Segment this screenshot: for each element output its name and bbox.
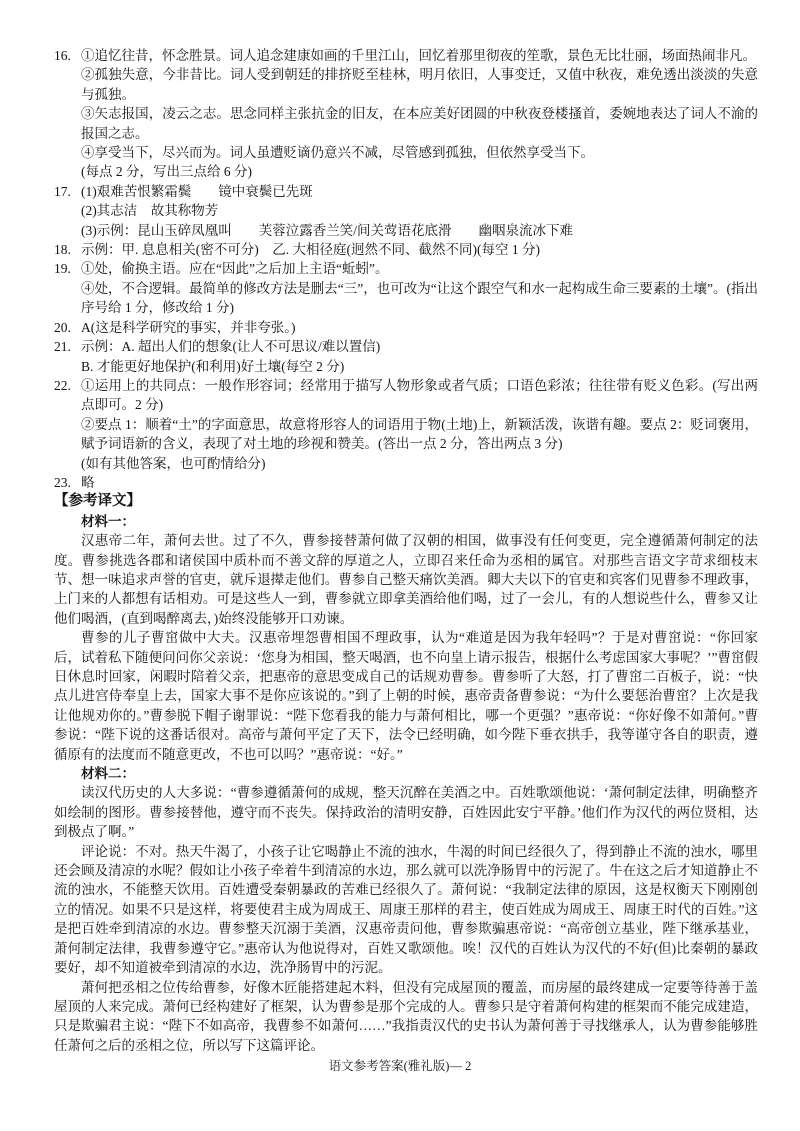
answer-content: (1)艰难苦恨繁霜鬓 镜中衰鬓已先斑(2)其志洁 故其称物芳(3)示例：昆山玉碎… xyxy=(81,182,758,240)
page-footer: 语文参考答案(雅礼版)— 2 xyxy=(0,1056,800,1074)
material-paragraph: 萧何把丞相之位传给曹参，好像木匠能搭建起木料，但没有完成屋顶的覆盖，而房屋的最终… xyxy=(54,978,758,1056)
answer-content: ①处，偷换主语。应在“因此”之后加上主语“蚯蚓”。④处，不合逻辑。最简单的修改方… xyxy=(81,259,758,317)
answer-number: 23. xyxy=(54,473,81,492)
answer-line: B. 才能更好地保护(和利用)好土壤(每空 2 分) xyxy=(81,357,758,376)
answer-item-21: 21.示例：A. 超出人们的想象(让人不可思议/难以置信)B. 才能更好地保护(… xyxy=(54,337,758,376)
answer-number: 19. xyxy=(54,259,81,278)
answer-number: 16. xyxy=(54,46,81,65)
answer-content: 示例：A. 超出人们的想象(让人不可思议/难以置信)B. 才能更好地保护(和利用… xyxy=(81,337,758,376)
answer-content: A(这是科学研究的事实，并非夸张。) xyxy=(81,318,758,337)
answer-sheet-page: 16.①追忆往昔，怀念胜景。词人追念建康如画的千里江山，回忆着那里彻夜的笙歌，景… xyxy=(0,0,800,1131)
answer-line: ②孤独失意，今非昔比。词人受到朝廷的排挤贬至桂林，明月依旧，人事变迁，又值中秋夜… xyxy=(81,65,758,104)
footer-text: 语文参考答案(雅礼版)— 2 xyxy=(329,1059,472,1073)
answer-item-23: 23.略 xyxy=(54,473,758,492)
answer-line: (3)示例：昆山玉碎凤凰叫 芙蓉泣露香兰笑/间关莺语花底滑 幽咽泉流冰下难 xyxy=(81,221,758,240)
material-title: 材料一： xyxy=(54,512,758,531)
answer-line: A(这是科学研究的事实，并非夸张。) xyxy=(81,318,758,337)
materials-container: 材料一：汉惠帝二年，萧何去世。过了不久，曹参接替萧何做了汉朝的相国，做事没有任何… xyxy=(54,512,758,1055)
material-paragraph: 读汉代历史的人大多说：“曹参遵循萧何的成规，整天沉醉在美酒之中。百姓歌颂他说：‘… xyxy=(54,783,758,841)
answer-number: 21. xyxy=(54,337,81,356)
answer-line: ①处，偷换主语。应在“因此”之后加上主语“蚯蚓”。 xyxy=(81,259,758,278)
answer-item-20: 20.A(这是科学研究的事实，并非夸张。) xyxy=(54,318,758,337)
translation-section: 【参考译文】 材料一：汉惠帝二年，萧何去世。过了不久，曹参接替萧何做了汉朝的相国… xyxy=(54,492,758,1055)
material-paragraph: 评论说：不对。热天牛渴了，小孩子让它喝静止不流的浊水，牛渴的时间已经很久了，得到… xyxy=(54,842,758,978)
answer-line: (如有其他答案，也可酌情给分) xyxy=(81,454,758,473)
answer-line: 略 xyxy=(81,473,758,492)
material-title: 材料二： xyxy=(54,764,758,783)
answer-line: (2)其志洁 故其称物芳 xyxy=(81,201,758,220)
answer-number: 20. xyxy=(54,318,81,337)
material-paragraph: 曹参的儿子曹窋做中大夫。汉惠帝埋怨曹相国不理政事，认为“难道是因为我年轻吗”？于… xyxy=(54,628,758,764)
translation-header: 【参考译文】 xyxy=(54,492,758,511)
answer-number: 18. xyxy=(54,240,81,259)
answer-line: 示例：甲. 息息相关(密不可分) 乙. 大相径庭(迥然不同、截然不同)(每空 1… xyxy=(81,240,758,259)
answer-item-18: 18.示例：甲. 息息相关(密不可分) 乙. 大相径庭(迥然不同、截然不同)(每… xyxy=(54,240,758,259)
answer-line: ④享受当下，尽兴而为。词人虽遭贬谪仍意兴不减，尽管感到孤独，但依然享受当下。 xyxy=(81,143,758,162)
answer-content: ①追忆往昔，怀念胜景。词人追念建康如画的千里江山，回忆着那里彻夜的笙歌，景色无比… xyxy=(81,46,758,182)
answers-section: 16.①追忆往昔，怀念胜景。词人追念建康如画的千里江山，回忆着那里彻夜的笙歌，景… xyxy=(54,46,758,492)
answer-content: 略 xyxy=(81,473,758,492)
material-paragraph: 汉惠帝二年，萧何去世。过了不久，曹参接替萧何做了汉朝的相国，做事没有任何变更，完… xyxy=(54,531,758,628)
answer-line: ①追忆往昔，怀念胜景。词人追念建康如画的千里江山，回忆着那里彻夜的笙歌，景色无比… xyxy=(81,46,758,65)
answer-line: (每点 2 分，写出三点给 6 分) xyxy=(81,162,758,181)
answer-item-16: 16.①追忆往昔，怀念胜景。词人追念建康如画的千里江山，回忆着那里彻夜的笙歌，景… xyxy=(54,46,758,182)
answer-line: ②要点 1：顺着“土”的字面意思，故意将形容人的词语用于物(土地)上，新颖活泼，… xyxy=(81,415,758,454)
answer-item-22: 22.①运用上的共同点：一般作形容词；经常用于描写人物形象或者气质；口语色彩浓；… xyxy=(54,376,758,473)
answer-line: ④处，不合逻辑。最简单的修改方法是删去“三”，也可改为“让这个跟空气和水一起构成… xyxy=(81,279,758,318)
answer-line: ③矢志报国，凌云之志。思念同样主张抗金的旧友，在本应美好团圆的中秋夜登楼搔首，委… xyxy=(81,104,758,143)
answer-content: ①运用上的共同点：一般作形容词；经常用于描写人物形象或者气质；口语色彩浓；往往带… xyxy=(81,376,758,473)
answer-line: 示例：A. 超出人们的想象(让人不可思议/难以置信) xyxy=(81,337,758,356)
content-area: 16.①追忆往昔，怀念胜景。词人追念建康如画的千里江山，回忆着那里彻夜的笙歌，景… xyxy=(54,46,758,1055)
answer-item-19: 19.①处，偷换主语。应在“因此”之后加上主语“蚯蚓”。④处，不合逻辑。最简单的… xyxy=(54,259,758,317)
answer-content: 示例：甲. 息息相关(密不可分) 乙. 大相径庭(迥然不同、截然不同)(每空 1… xyxy=(81,240,758,259)
answer-line: ①运用上的共同点：一般作形容词；经常用于描写人物形象或者气质；口语色彩浓；往往带… xyxy=(81,376,758,415)
answer-item-17: 17.(1)艰难苦恨繁霜鬓 镜中衰鬓已先斑(2)其志洁 故其称物芳(3)示例：昆… xyxy=(54,182,758,240)
answer-number: 17. xyxy=(54,182,81,201)
answer-line: (1)艰难苦恨繁霜鬓 镜中衰鬓已先斑 xyxy=(81,182,758,201)
answer-number: 22. xyxy=(54,376,81,395)
